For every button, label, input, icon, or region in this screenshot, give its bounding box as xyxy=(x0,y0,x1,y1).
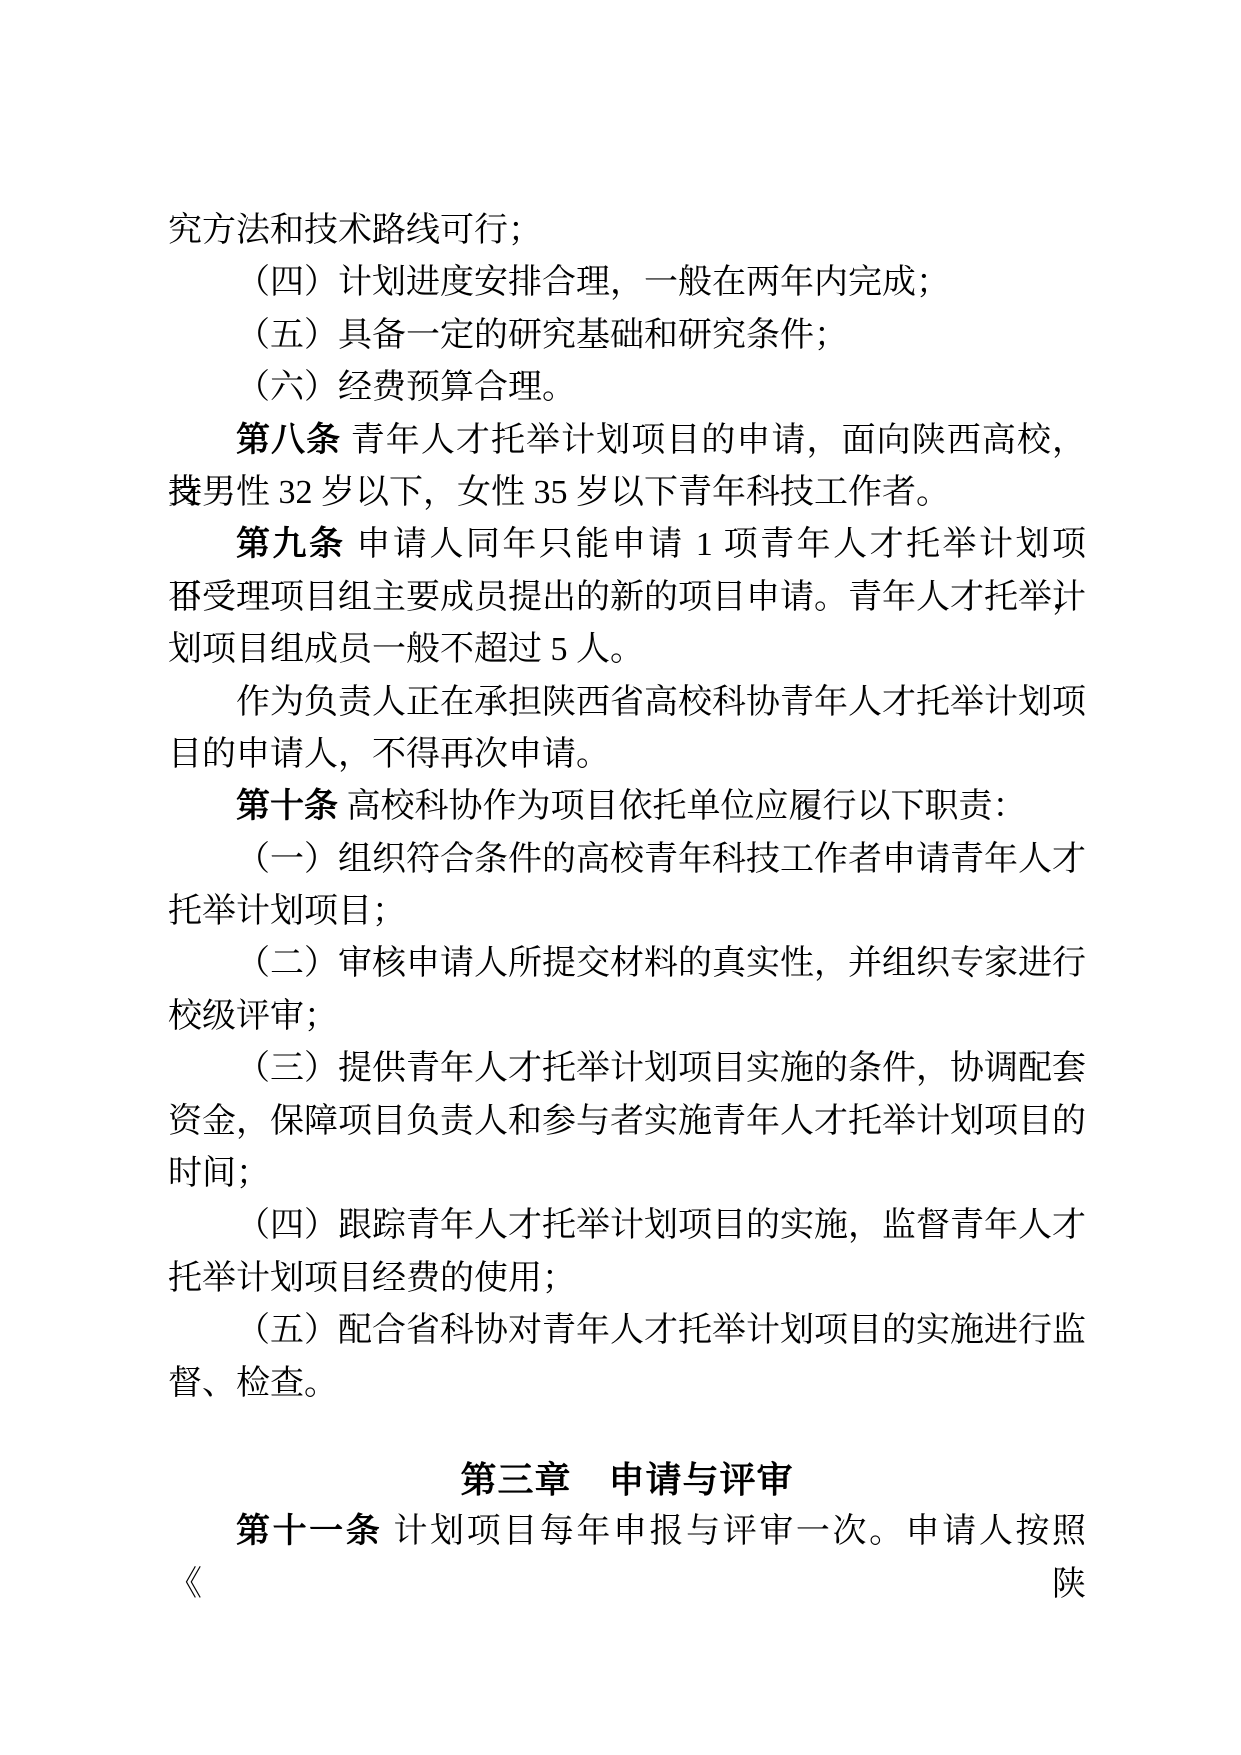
article-number: 第八条 xyxy=(236,422,341,459)
text-line: 不受理项目组主要成员提出的新的项目申请。青年人才托举计 xyxy=(168,572,1086,624)
text-line: （五）具备一定的研究基础和研究条件； xyxy=(168,310,1086,362)
text-line: （六）经费预算合理。 xyxy=(168,362,1086,414)
text-line: 督、检查。 xyxy=(168,1358,1086,1410)
text-line: 作为负责人正在承担陕西省高校科协青年人才托举计划项 xyxy=(168,677,1086,729)
chapter-heading: 第三章 申请与评审 xyxy=(168,1454,1086,1506)
text-line: 持男性 32 岁以下，女性 35 岁以下青年科技工作者。 xyxy=(168,467,1086,519)
article-line: 第十一条 计划项目每年申报与评审一次。申请人按照《陕 xyxy=(168,1506,1086,1558)
text-line: 托举计划项目； xyxy=(168,886,1086,938)
text-line: （一）组织符合条件的高校青年科技工作者申请青年人才 xyxy=(168,834,1086,886)
document-body: 究方法和技术路线可行；（四）计划进度安排合理，一般在两年内完成；（五）具备一定的… xyxy=(168,205,1086,1559)
text-line: 资金，保障项目负责人和参与者实施青年人才托举计划项目的 xyxy=(168,1096,1086,1148)
body-paragraph-lines: 究方法和技术路线可行；（四）计划进度安排合理，一般在两年内完成；（五）具备一定的… xyxy=(168,205,1086,1410)
text-line: 目的申请人，不得再次申请。 xyxy=(168,729,1086,781)
article-line-text: 高校科协作为项目依托单位应履行以下职责： xyxy=(338,788,1027,825)
article-number: 第九条 xyxy=(236,526,345,563)
article-line: 第十条 高校科协作为项目依托单位应履行以下职责： xyxy=(168,781,1086,833)
article-number: 第十条 xyxy=(236,788,338,825)
text-line: （五）配合省科协对青年人才托举计划项目的实施进行监 xyxy=(168,1305,1086,1357)
text-line: 究方法和技术路线可行； xyxy=(168,205,1086,257)
text-line: 划项目组成员一般不超过 5 人。 xyxy=(168,624,1086,676)
text-line: （四）跟踪青年人才托举计划项目的实施，监督青年人才 xyxy=(168,1200,1086,1252)
article-line: 第八条 青年人才托举计划项目的申请，面向陕西高校，支 xyxy=(168,415,1086,467)
text-line: （三）提供青年人才托举计划项目实施的条件，协调配套 xyxy=(168,1043,1086,1095)
text-line: （四）计划进度安排合理，一般在两年内完成； xyxy=(168,257,1086,309)
article-line: 第九条 申请人同年只能申请 1 项青年人才托举计划项目， xyxy=(168,519,1086,571)
article-number: 第十一条 xyxy=(236,1513,382,1550)
text-line: 校级评审； xyxy=(168,991,1086,1043)
text-line: 托举计划项目经费的使用； xyxy=(168,1253,1086,1305)
text-line: （二）审核申请人所提交材料的真实性，并组织专家进行 xyxy=(168,938,1086,990)
body-paragraph-lines-after-heading: 第十一条 计划项目每年申报与评审一次。申请人按照《陕 xyxy=(168,1506,1086,1558)
text-line: 时间； xyxy=(168,1148,1086,1200)
document-page: 究方法和技术路线可行；（四）计划进度安排合理，一般在两年内完成；（五）具备一定的… xyxy=(0,0,1241,1755)
